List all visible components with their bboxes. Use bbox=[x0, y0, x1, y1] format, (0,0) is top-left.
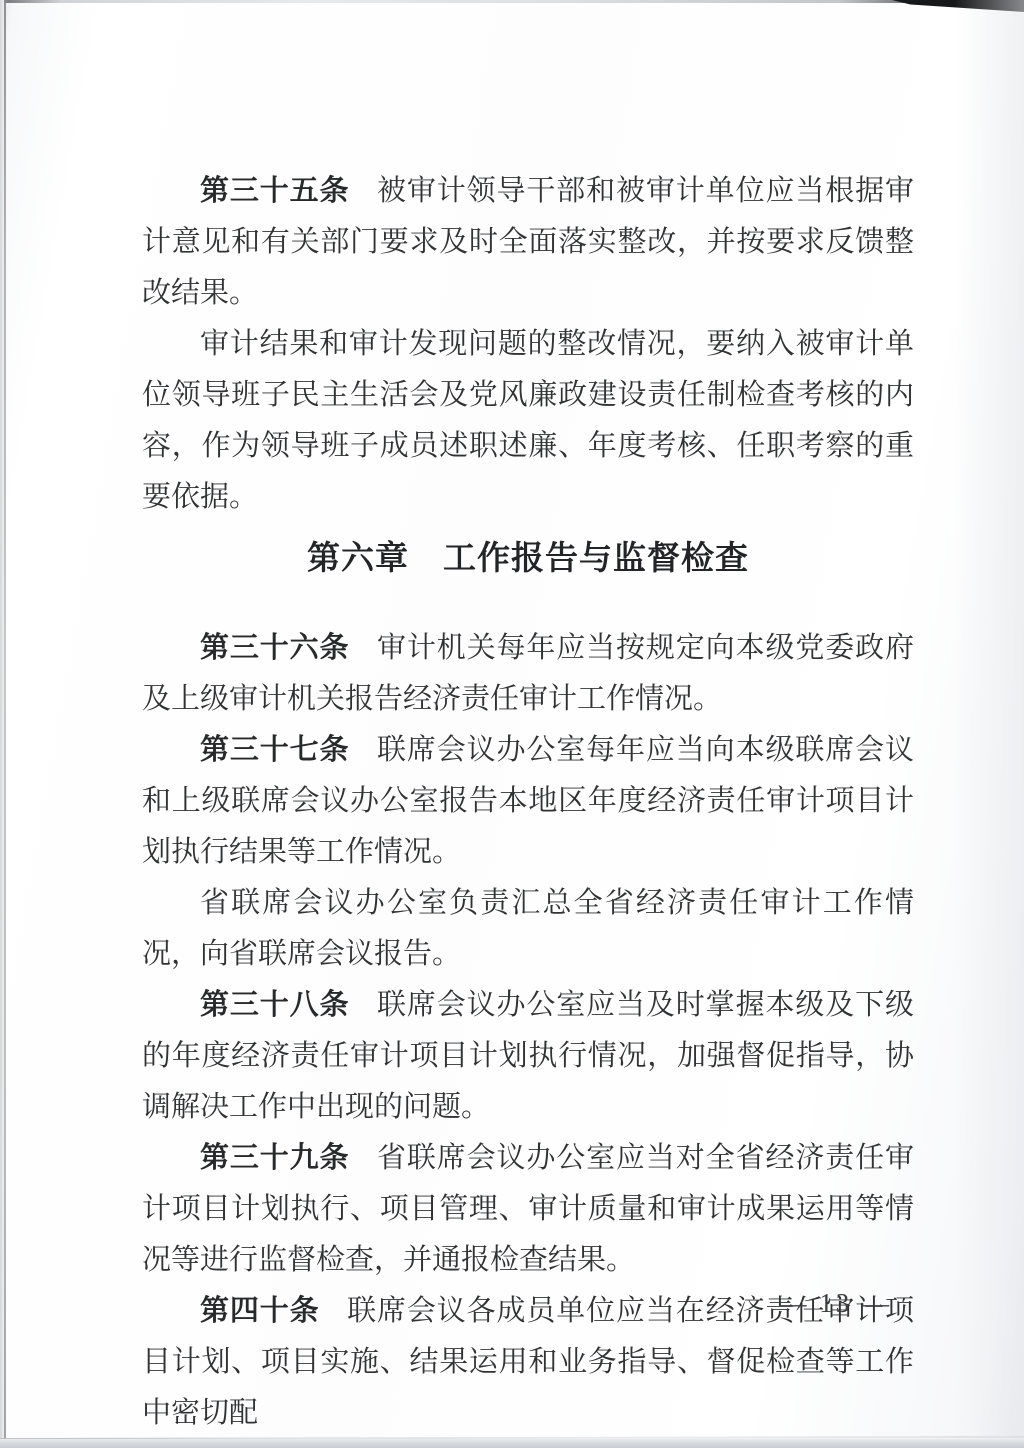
article-37-number: 第三十七条 bbox=[200, 734, 377, 766]
provincial-office-text: 省联席会议办公室负责汇总全省经济责任审计工作情况，向省联席会议报告。 bbox=[142, 887, 914, 970]
provincial-office-paragraph: 省联席会议办公室负责汇总全省经济责任审计工作情况，向省联席会议报告。 bbox=[142, 878, 914, 980]
chapter-6-heading: 第六章 工作报告与监督检查 bbox=[142, 537, 914, 581]
audit-rectification-text: 审计结果和审计发现问题的整改情况，要纳入被审计单位领导班子民主生活会及党风廉政建… bbox=[142, 328, 914, 513]
scan-edge-bottom bbox=[0, 1439, 1024, 1448]
scan-shade-right bbox=[954, 0, 1024, 1448]
scanned-document-page: 第三十五条被审计领导干部和被审计单位应当根据审计意见和有关部门要求及时全面落实整… bbox=[0, 0, 1024, 1448]
article-40-number: 第四十条 bbox=[200, 1295, 347, 1327]
audit-rectification-paragraph: 审计结果和审计发现问题的整改情况，要纳入被审计单位领导班子民主生活会及党风廉政建… bbox=[142, 319, 914, 523]
scan-line-left bbox=[4, 0, 6, 1448]
article-35-paragraph: 第三十五条被审计领导干部和被审计单位应当根据审计意见和有关部门要求及时全面落实整… bbox=[142, 166, 914, 319]
article-37-paragraph: 第三十七条联席会议办公室每年应当向本级联席会议和上级联席会议办公室报告本地区年度… bbox=[142, 725, 914, 878]
article-35-number: 第三十五条 bbox=[200, 175, 377, 207]
article-36-paragraph: 第三十六条审计机关每年应当按规定向本级党委政府及上级审计机关报告经济责任审计工作… bbox=[142, 623, 914, 725]
article-36-number: 第三十六条 bbox=[200, 632, 377, 664]
article-39-paragraph: 第三十九条省联席会议办公室应当对全省经济责任审计项目计划执行、项目管理、审计质量… bbox=[142, 1133, 914, 1286]
scan-edge-top bbox=[0, 0, 1024, 3]
document-body: 第三十五条被审计领导干部和被审计单位应当根据审计意见和有关部门要求及时全面落实整… bbox=[142, 166, 914, 1439]
page-number: — 13 — bbox=[780, 1288, 893, 1318]
article-39-number: 第三十九条 bbox=[200, 1142, 377, 1174]
article-38-number: 第三十八条 bbox=[200, 989, 377, 1021]
article-38-paragraph: 第三十八条联席会议办公室应当及时掌握本级及下级的年度经济责任审计项目计划执行情况… bbox=[142, 980, 914, 1133]
